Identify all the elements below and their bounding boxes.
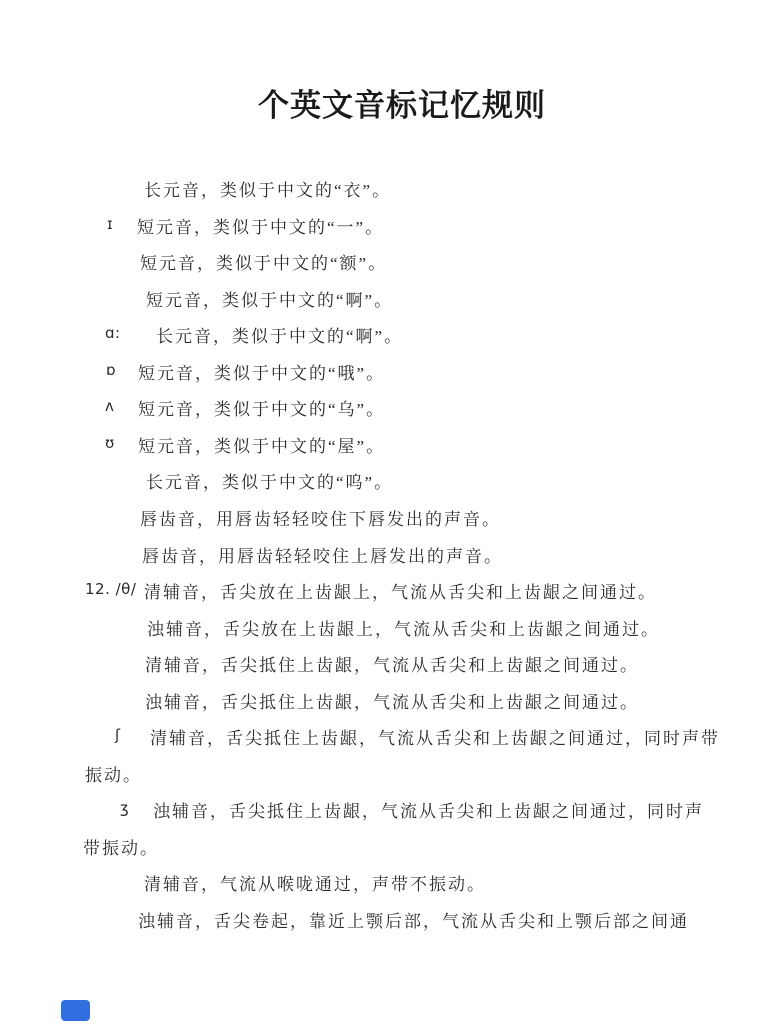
phonetic-rule-row: 清辅音，舌尖抵住上齿龈，气流从舌尖和上齿龈之间通过。 (0, 651, 768, 677)
phonetic-symbol: ɑ: (105, 324, 121, 342)
phonetic-symbol: ʊ (105, 434, 115, 452)
phonetic-rule-row: ʃ清辅音，舌尖抵住上齿龈，气流从舌尖和上齿龈之间通过，同时声带 (0, 724, 768, 750)
phonetic-rule-row: 浊辅音，舌尖放在上齿龈上，气流从舌尖和上齿龈之间通过。 (0, 615, 768, 641)
phonetic-rule-row: 长元音，类似于中文的“呜”。 (0, 468, 768, 494)
rules-list: 长元音，类似于中文的“衣”。ɪ短元音，类似于中文的“一”。短元音，类似于中文的“… (0, 0, 768, 1024)
phonetic-rule-row: 浊辅音，舌尖卷起，靠近上颚后部，气流从舌尖和上颚后部之间通 (0, 907, 768, 933)
phonetic-rule-row: 带振动。 (0, 834, 768, 860)
phonetic-rule-row: 12. /θ/清辅音，舌尖放在上齿龈上，气流从舌尖和上齿龈之间通过。 (0, 578, 768, 604)
rule-text: 短元音，类似于中文的“额”。 (140, 249, 387, 274)
phonetic-rule-row: ʒ浊辅音，舌尖抵住上齿龈，气流从舌尖和上齿龈之间通过，同时声 (0, 797, 768, 823)
phonetic-rule-row: 清辅音，气流从喉咙通过，声带不振动。 (0, 870, 768, 896)
rule-text: 长元音，类似于中文的“衣”。 (144, 176, 391, 201)
phonetic-rule-row: ɑ:长元音，类似于中文的“啊”。 (0, 322, 768, 348)
rule-text: 长元音，类似于中文的“呜”。 (146, 468, 393, 493)
phonetic-symbol: ɪ (107, 215, 113, 233)
phonetic-symbol: ɒ (106, 361, 116, 379)
rule-text: 短元音，类似于中文的“乌”。 (138, 395, 385, 420)
rule-text: 清辅音，舌尖放在上齿龈上，气流从舌尖和上齿龈之间通过。 (144, 578, 657, 603)
phonetic-rule-row: 唇齿音，用唇齿轻轻咬住上唇发出的声音。 (0, 542, 768, 568)
rule-text: 浊辅音，舌尖卷起，靠近上颚后部，气流从舌尖和上颚后部之间通 (138, 907, 689, 932)
phonetic-rule-row: 长元音，类似于中文的“衣”。 (0, 176, 768, 202)
phonetic-rule-row: ɒ短元音，类似于中文的“哦”。 (0, 359, 768, 385)
rule-text: 浊辅音，舌尖抵住上齿龈，气流从舌尖和上齿龈之间通过。 (145, 688, 639, 713)
rule-text: 短元音，类似于中文的“屋”。 (138, 432, 385, 457)
phonetic-symbol: ʃ (115, 726, 121, 744)
rule-text: 清辅音，舌尖抵住上齿龈，气流从舌尖和上齿龈之间通过。 (145, 651, 639, 676)
phonetic-symbol: 12. /θ/ (85, 580, 136, 598)
phonetic-rule-row: 浊辅音，舌尖抵住上齿龈，气流从舌尖和上齿龈之间通过。 (0, 688, 768, 714)
phonetic-rule-row: 短元音，类似于中文的“额”。 (0, 249, 768, 275)
phonetic-rule-row: 振动。 (0, 761, 768, 787)
phonetic-symbol: ʌ (105, 397, 114, 415)
phonetic-rule-row: 短元音，类似于中文的“啊”。 (0, 286, 768, 312)
rule-text: 浊辅音，舌尖抵住上齿龈，气流从舌尖和上齿龈之间通过，同时声 (153, 797, 704, 822)
rule-text: 振动。 (85, 761, 142, 786)
rule-text: 短元音，类似于中文的“啊”。 (146, 286, 393, 311)
phonetic-rule-row: ʌ短元音，类似于中文的“乌”。 (0, 395, 768, 421)
phonetic-symbol: ʒ (120, 799, 129, 817)
document-page: 个英文音标记忆规则 长元音，类似于中文的“衣”。ɪ短元音，类似于中文的“一”。短… (0, 0, 768, 1024)
rule-text: 唇齿音，用唇齿轻轻咬住下唇发出的声音。 (140, 505, 501, 530)
rule-text: 短元音，类似于中文的“一”。 (137, 213, 384, 238)
phonetic-rule-row: 唇齿音，用唇齿轻轻咬住下唇发出的声音。 (0, 505, 768, 531)
phonetic-rule-row: ɪ短元音，类似于中文的“一”。 (0, 213, 768, 239)
rule-text: 短元音，类似于中文的“哦”。 (138, 359, 385, 384)
click-marker (61, 1000, 90, 1021)
rule-text: 浊辅音，舌尖放在上齿龈上，气流从舌尖和上齿龈之间通过。 (147, 615, 660, 640)
rule-text: 清辅音，舌尖抵住上齿龈，气流从舌尖和上齿龈之间通过，同时声带 (150, 724, 720, 749)
rule-text: 唇齿音，用唇齿轻轻咬住上唇发出的声音。 (142, 542, 503, 567)
phonetic-rule-row: ʊ短元音，类似于中文的“屋”。 (0, 432, 768, 458)
rule-text: 带振动。 (83, 834, 159, 859)
rule-text: 长元音，类似于中文的“啊”。 (156, 322, 403, 347)
rule-text: 清辅音，气流从喉咙通过，声带不振动。 (144, 870, 486, 895)
